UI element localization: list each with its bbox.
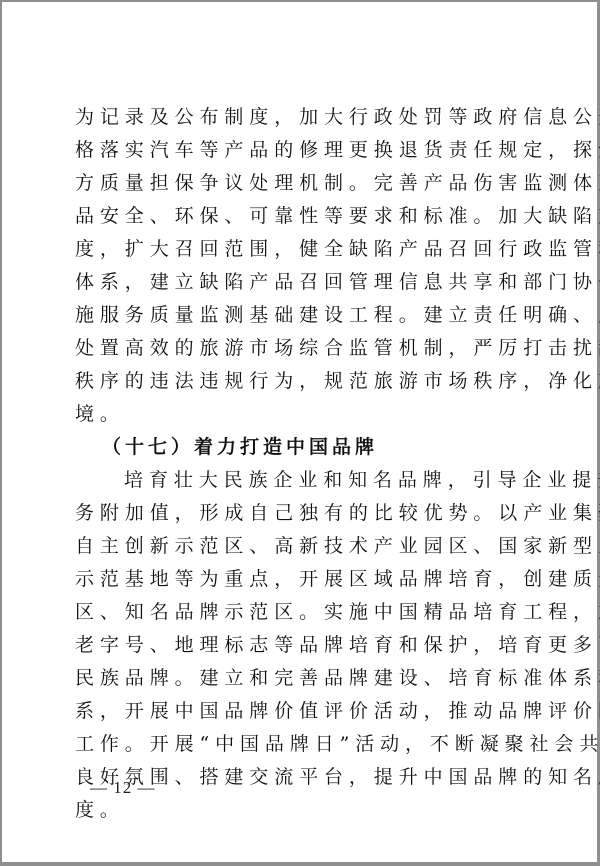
text-line: 度。 bbox=[75, 794, 531, 827]
text-line: 秩序的违法违规行为，规范旅游市场秩序，净化旅游消费环 bbox=[75, 365, 531, 398]
paragraph-quality-supervision: 为记录及公布制度，加大行政处罚等政府信息公开力度。严 格落实汽车等产品的修理更换… bbox=[75, 101, 531, 431]
text-line: 处置高效的旅游市场综合监管机制，严厉打击扰乱旅游市场 bbox=[75, 332, 531, 365]
text-line: 示范基地等为重点，开展区域品牌培育，创建质量提升示范 bbox=[75, 563, 531, 596]
text-line: 工作。开展“中国品牌日”活动，不断凝聚社会共识、营造 bbox=[75, 728, 531, 761]
text-line: 务附加值，形成自己独有的比较优势。以产业集聚区、国家 bbox=[75, 497, 531, 530]
text-line: 老字号、地理标志等品牌培育和保护，培育更多百年老店和 bbox=[75, 629, 531, 662]
text-line: 格落实汽车等产品的修理更换退货责任规定，探索建立第三 bbox=[75, 134, 531, 167]
text-line: 度，扩大召回范围，健全缺陷产品召回行政监管和技术支撑 bbox=[75, 233, 531, 266]
text-line: 境。 bbox=[75, 398, 531, 431]
text-line: 区、知名品牌示范区。实施中国精品培育工程，加强对中华 bbox=[75, 596, 531, 629]
text-line: 体系，建立缺陷产品召回管理信息共享和部门协作机制。实 bbox=[75, 266, 531, 299]
page-number: — 12 — bbox=[90, 778, 156, 798]
document-page: 为记录及公布制度，加大行政处罚等政府信息公开力度。严 格落实汽车等产品的修理更换… bbox=[2, 2, 597, 862]
document-body: 为记录及公布制度，加大行政处罚等政府信息公开力度。严 格落实汽车等产品的修理更换… bbox=[75, 101, 531, 827]
text-line: 为记录及公布制度，加大行政处罚等政府信息公开力度。严 bbox=[75, 101, 531, 134]
section-heading: （十七）着力打造中国品牌 bbox=[75, 431, 531, 464]
text-line: 培育壮大民族企业和知名品牌，引导企业提升产品和服 bbox=[75, 464, 531, 497]
text-line: 方质量担保争议处理机制。完善产品伤害监测体系，提高产 bbox=[75, 167, 531, 200]
text-line: 施服务质量监测基础建设工程。建立责任明确、反应及时、 bbox=[75, 299, 531, 332]
paragraph-china-brand: 培育壮大民族企业和知名品牌，引导企业提升产品和服 务附加值，形成自己独有的比较优… bbox=[75, 464, 531, 827]
text-line: 品安全、环保、可靠性等要求和标准。加大缺陷产品召回力 bbox=[75, 200, 531, 233]
text-line: 系，开展中国品牌价值评价活动，推动品牌评价国际标准化 bbox=[75, 695, 531, 728]
text-line: 自主创新示范区、高新技术产业园区、国家新型工业化产业 bbox=[75, 530, 531, 563]
text-line: 民族品牌。建立和完善品牌建设、培育标准体系和评价体 bbox=[75, 662, 531, 695]
